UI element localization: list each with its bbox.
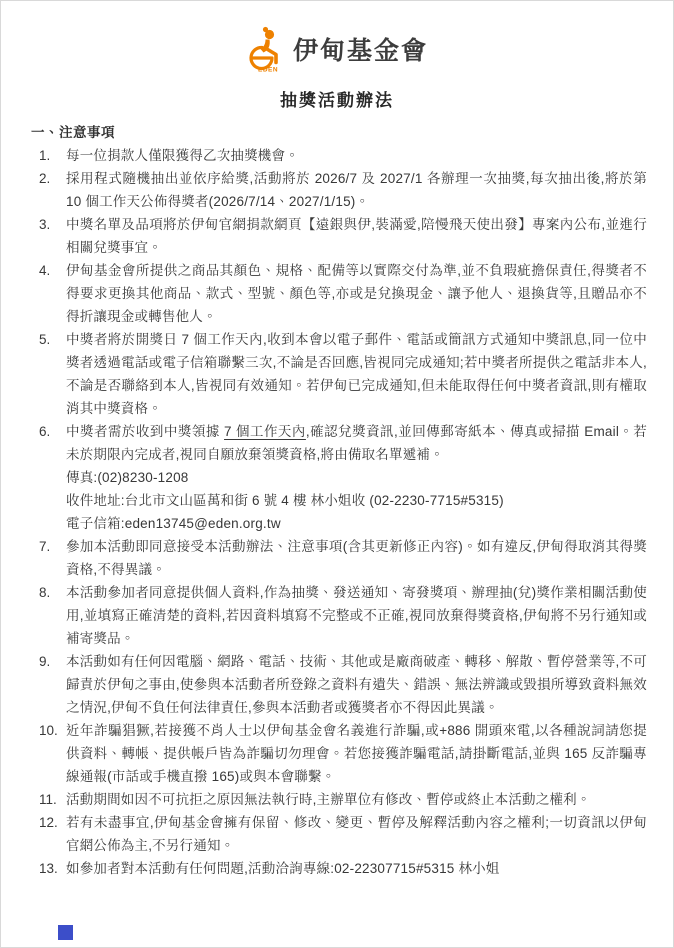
- text-segment: 參加本活動即同意接受本活動辦法、注意事項(含其更新修正內容)。如有違反,伊甸得取…: [66, 539, 647, 577]
- item-number: 1.: [31, 144, 66, 167]
- item-number: 5.: [31, 328, 66, 420]
- item-text: 伊甸基金會所提供之商品其顏色、規格、配備等以實際交付為準,並不負瑕疵擔保責任,得…: [66, 259, 647, 328]
- list-item: 4.伊甸基金會所提供之商品其顏色、規格、配備等以實際交付為準,並不負瑕疵擔保責任…: [31, 259, 647, 328]
- list-item: 11.活動期間如因不可抗拒之原因無法執行時,主辦單位有修改、暫停或終止本活動之權…: [31, 788, 647, 811]
- item-number: 3.: [31, 213, 66, 259]
- item-number: 6.: [31, 420, 66, 535]
- item-number: 9.: [31, 650, 66, 719]
- item-text: 活動期間如因不可抗拒之原因無法執行時,主辦單位有修改、暫停或終止本活動之權利。: [66, 788, 647, 811]
- item-text: 參加本活動即同意接受本活動辦法、注意事項(含其更新修正內容)。如有違反,伊甸得取…: [66, 535, 647, 581]
- text-segment: 如參加者對本活動有任何問題,活動洽詢專線:02-22307715#5315 林小…: [66, 861, 500, 876]
- list-item: 9.本活動如有任何因電腦、網路、電話、技術、其他或是廠商破產、轉移、解散、暫停營…: [31, 650, 647, 719]
- text-segment: 採用程式隨機抽出並依序給獎,活動將於 2026/7 及 2027/1 各辦理一次…: [66, 171, 647, 209]
- text-segment: 中獎者需於收到中獎領據: [66, 424, 224, 439]
- text-segment: 每一位捐款人僅限獲得乙次抽獎機會。: [66, 148, 299, 163]
- text-segment: 中獎名單及品項將於伊甸官網捐款網頁【遠銀與伊,裝滿愛,陪慢飛天使出發】專案內公布…: [66, 217, 647, 255]
- item-text: 每一位捐款人僅限獲得乙次抽獎機會。: [66, 144, 647, 167]
- text-segment: 本活動參加者同意提供個人資料,作為抽獎、發送通知、寄發獎項、辦理抽(兌)獎作業相…: [66, 585, 647, 646]
- item-number: 12.: [31, 811, 66, 857]
- text-segment: 伊甸基金會所提供之商品其顏色、規格、配備等以實際交付為準,並不負瑕疵擔保責任,得…: [66, 263, 647, 324]
- item-number: 4.: [31, 259, 66, 328]
- document-page: EDEN 伊甸基金會 抽獎活動辦法 一、注意事項 1.每一位捐款人僅限獲得乙次抽…: [0, 0, 674, 948]
- text-segment: 中獎者將於開獎日 7 個工作天內,收到本會以電子郵件、電話或簡訊方式通知中獎訊息…: [66, 332, 647, 416]
- blue-marker-artifact: [58, 925, 73, 940]
- underlined-text: 7 個工作天內: [224, 424, 306, 439]
- brand-name: 伊甸基金會: [293, 31, 428, 67]
- eden-logo-text: EDEN: [258, 67, 278, 74]
- list-item: 10.近年詐騙猖獗,若接獲不肖人士以伊甸基金會名義進行詐騙,或+886 開頭來電…: [31, 719, 647, 788]
- list-item: 1.每一位捐款人僅限獲得乙次抽獎機會。: [31, 144, 647, 167]
- list-item: 7.參加本活動即同意接受本活動辦法、注意事項(含其更新修正內容)。如有違反,伊甸…: [31, 535, 647, 581]
- text-segment: 本活動如有任何因電腦、網路、電話、技術、其他或是廠商破產、轉移、解散、暫停營業等…: [66, 654, 647, 715]
- list-item: 2.採用程式隨機抽出並依序給獎,活動將於 2026/7 及 2027/1 各辦理…: [31, 167, 647, 213]
- notice-content: 一、注意事項 1.每一位捐款人僅限獲得乙次抽獎機會。2.採用程式隨機抽出並依序給…: [31, 121, 647, 880]
- contact-line: 電子信箱:eden13745@eden.org.tw: [66, 512, 647, 535]
- item-number: 10.: [31, 719, 66, 788]
- item-number: 7.: [31, 535, 66, 581]
- item-text: 如參加者對本活動有任何問題,活動洽詢專線:02-22307715#5315 林小…: [66, 857, 647, 880]
- item-text: 中獎名單及品項將於伊甸官網捐款網頁【遠銀與伊,裝滿愛,陪慢飛天使出發】專案內公布…: [66, 213, 647, 259]
- contact-line: 收件地址:台北市文山區萬和街 6 號 4 樓 林小姐收 (02-2230-771…: [66, 489, 647, 512]
- item-text: 中獎者需於收到中獎領據 7 個工作天內,確認兌獎資訊,並回傳郵寄紙本、傳真或掃描…: [66, 420, 647, 535]
- item-number: 2.: [31, 167, 66, 213]
- item-text: 近年詐騙猖獗,若接獲不肖人士以伊甸基金會名義進行詐騙,或+886 開頭來電,以各…: [66, 719, 647, 788]
- list-item: 8.本活動參加者同意提供個人資料,作為抽獎、發送通知、寄發獎項、辦理抽(兌)獎作…: [31, 581, 647, 650]
- page-title: 抽獎活動辦法: [1, 86, 673, 111]
- text-segment: 活動期間如因不可抗拒之原因無法執行時,主辦單位有修改、暫停或終止本活動之權利。: [66, 792, 591, 807]
- eden-wheelchair-icon: EDEN: [246, 25, 288, 73]
- item-text: 本活動參加者同意提供個人資料,作為抽獎、發送通知、寄發獎項、辦理抽(兌)獎作業相…: [66, 581, 647, 650]
- item-text: 中獎者將於開獎日 7 個工作天內,收到本會以電子郵件、電話或簡訊方式通知中獎訊息…: [66, 328, 647, 420]
- text-segment: 若有未盡事宜,伊甸基金會擁有保留、修改、變更、暫停及解釋活動內容之權利;一切資訊…: [66, 815, 647, 853]
- list-item: 6.中獎者需於收到中獎領據 7 個工作天內,確認兌獎資訊,並回傳郵寄紙本、傳真或…: [31, 420, 647, 535]
- item-text: 採用程式隨機抽出並依序給獎,活動將於 2026/7 及 2027/1 各辦理一次…: [66, 167, 647, 213]
- logo-block: EDEN 伊甸基金會: [1, 1, 673, 73]
- list-item: 5.中獎者將於開獎日 7 個工作天內,收到本會以電子郵件、電話或簡訊方式通知中獎…: [31, 328, 647, 420]
- list-item: 13.如參加者對本活動有任何問題,活動洽詢專線:02-22307715#5315…: [31, 857, 647, 880]
- section-heading: 一、注意事項: [31, 121, 647, 144]
- item-number: 8.: [31, 581, 66, 650]
- item-text: 本活動如有任何因電腦、網路、電話、技術、其他或是廠商破產、轉移、解散、暫停營業等…: [66, 650, 647, 719]
- list-item: 3.中獎名單及品項將於伊甸官網捐款網頁【遠銀與伊,裝滿愛,陪慢飛天使出發】專案內…: [31, 213, 647, 259]
- text-segment: 近年詐騙猖獗,若接獲不肖人士以伊甸基金會名義進行詐騙,或+886 開頭來電,以各…: [66, 723, 647, 784]
- notice-list: 1.每一位捐款人僅限獲得乙次抽獎機會。2.採用程式隨機抽出並依序給獎,活動將於 …: [31, 144, 647, 880]
- item-number: 13.: [31, 857, 66, 880]
- item-text: 若有未盡事宜,伊甸基金會擁有保留、修改、變更、暫停及解釋活動內容之權利;一切資訊…: [66, 811, 647, 857]
- item-number: 11.: [31, 788, 66, 811]
- contact-line: 傳真:(02)8230-1208: [66, 466, 647, 489]
- list-item: 12.若有未盡事宜,伊甸基金會擁有保留、修改、變更、暫停及解釋活動內容之權利;一…: [31, 811, 647, 857]
